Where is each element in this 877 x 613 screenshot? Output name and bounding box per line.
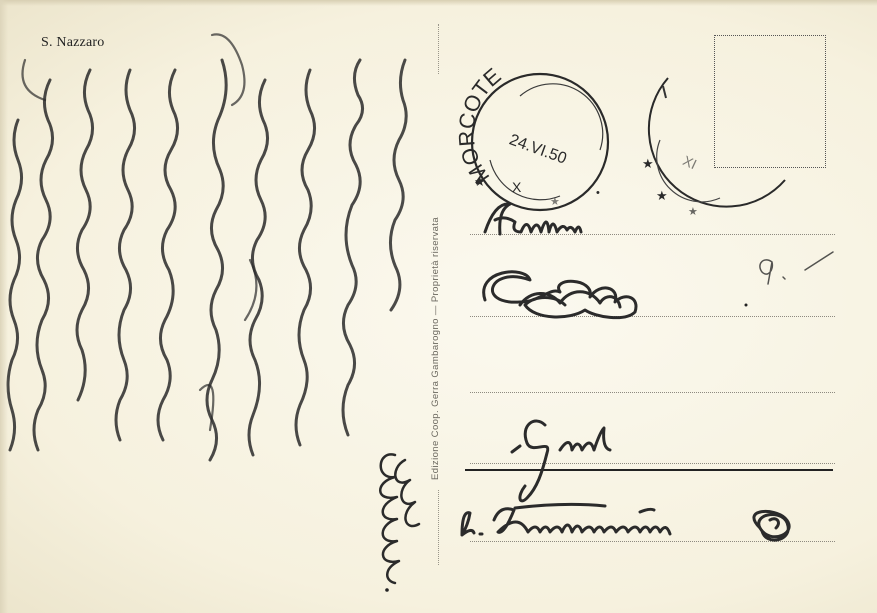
- address-handwriting: [0, 0, 877, 613]
- postcard-back: S. Nazzaro Edizione Co: [0, 0, 877, 613]
